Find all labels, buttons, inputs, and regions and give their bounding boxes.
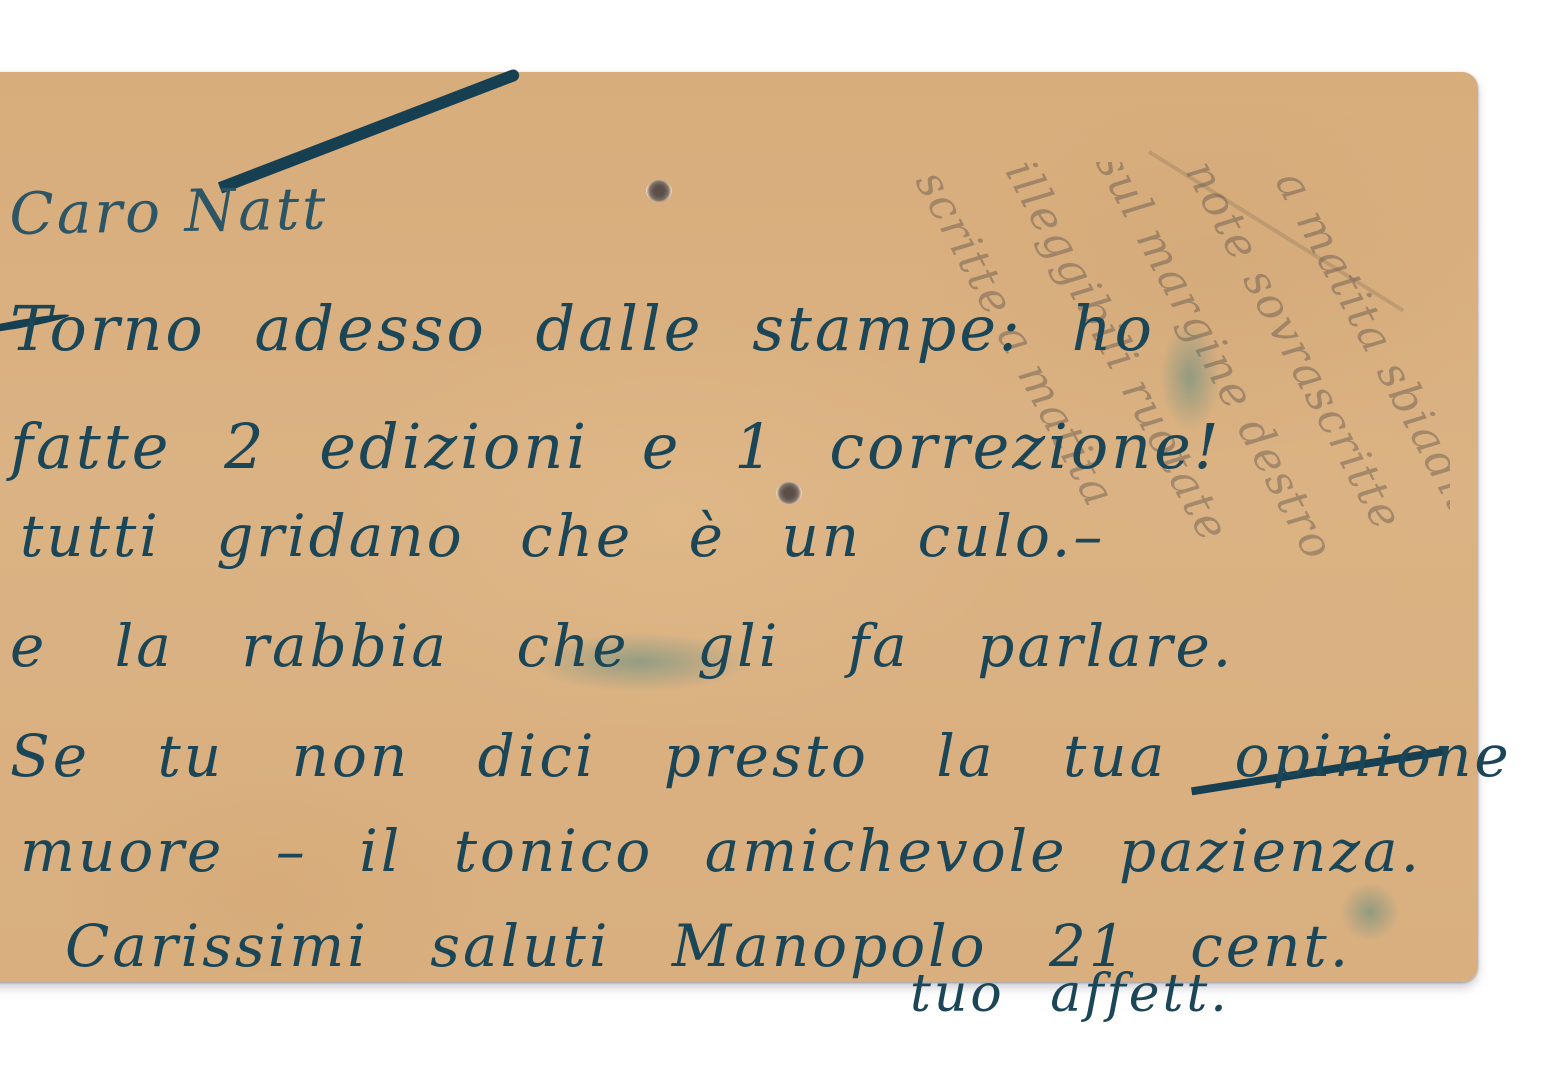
postcard: scritte a matita illeggibili ruotate sul…	[0, 72, 1478, 982]
signature: tuo affett.	[910, 964, 1230, 1024]
text-line: muore – il tonico amichevole pazienza.	[20, 817, 1422, 885]
text-line: e la rabbia che gli fa parlare.	[10, 612, 1234, 680]
text-line: fatte 2 edizioni e 1 correzione!	[10, 410, 1222, 483]
text-line: Torno adesso dalle stampe: ho	[10, 292, 1155, 365]
puncture-hole	[776, 482, 802, 504]
puncture-hole	[646, 180, 672, 202]
text-line: Se tu non dici presto la tua opinione	[10, 722, 1512, 790]
text-line: tutti gridano che è un culo.–	[20, 502, 1105, 570]
greeting: Caro Natt	[9, 174, 329, 248]
